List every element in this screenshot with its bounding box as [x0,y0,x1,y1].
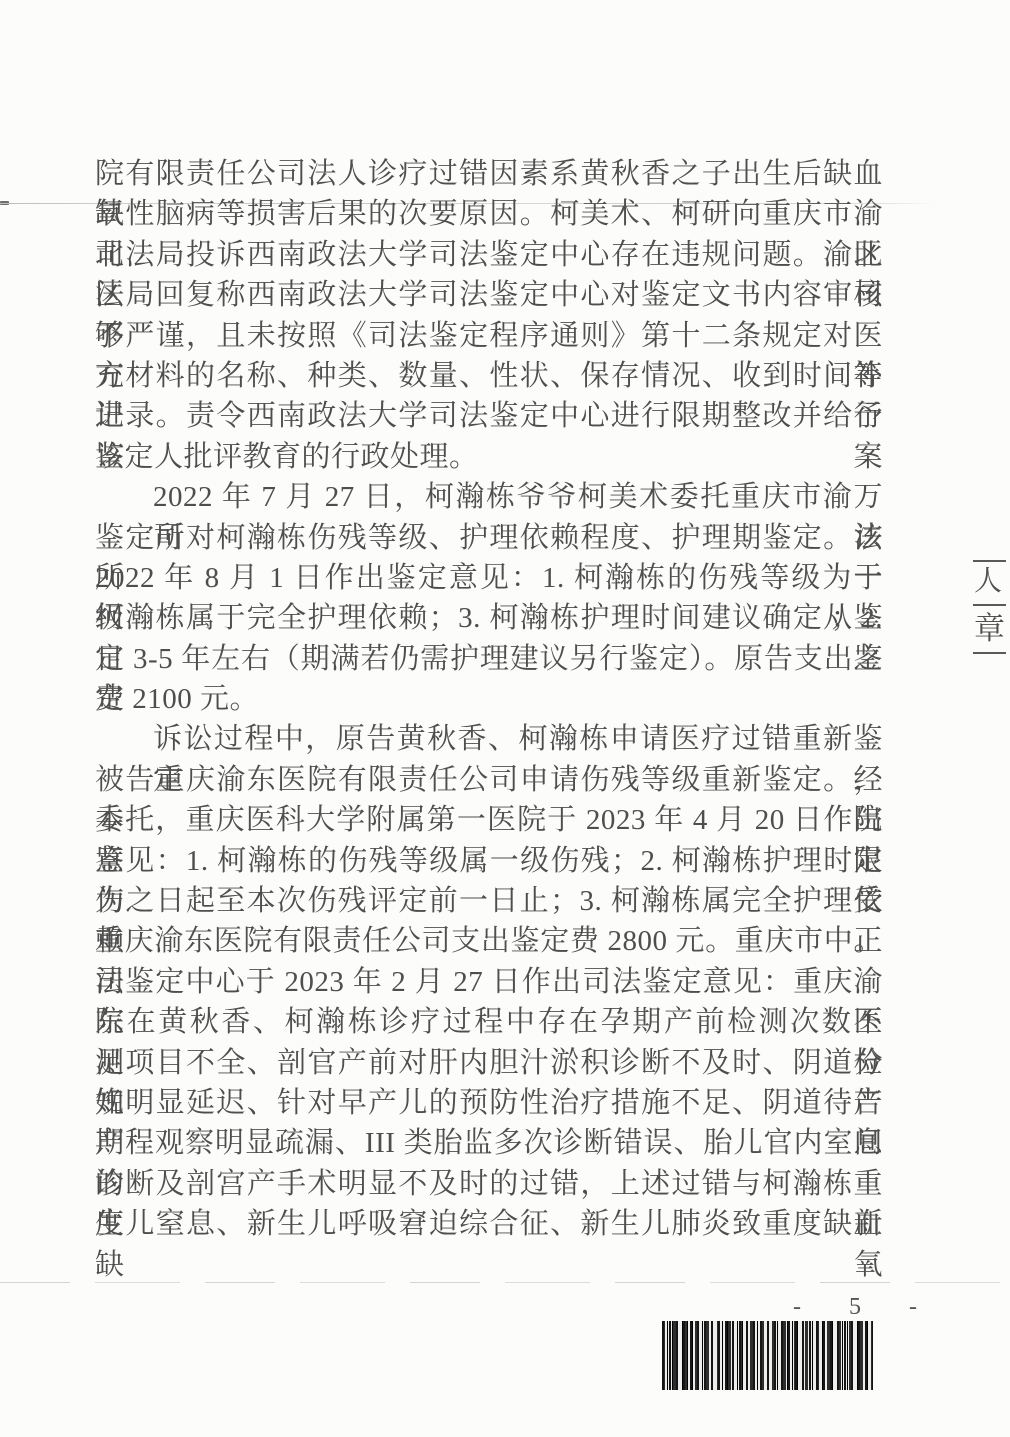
text-line: 产程观察明显疏漏、III 类胎监多次诊断错误、胎儿官内室息的 [95,1123,883,1163]
text-line: 院有限责任公司法人诊疗过错因素系黄秋香之子出生后缺血缺 [95,154,883,194]
text-line: 诉讼过程中，原告黄秋香、柯瀚栋申请医疗过错重新鉴定， [95,719,883,759]
barcode [662,1321,873,1390]
text-line: 知明显延迟、针对早产儿的预防性治疗措施不足、阴道待产期间 [95,1083,883,1123]
text-line: 记录。责令西南政法大学司法鉴定中心进行限期整改并给予该案 [95,396,883,436]
text-line: 法局回复称西南政法大学司法鉴定中心对鉴定文书内容审核不 [95,275,883,315]
court-seal-fragment: 人民 章 [973,560,1006,655]
text-line: 重庆渝东医院有限责任公司支出鉴定费 2800 元。重庆市中正司 [95,921,883,961]
text-line: 测项目不全、剖官产前对肝内胆汁淤积诊断不及时、阴道分娩告 [95,1043,883,1083]
text-line: 生儿窒息、新生儿呼吸窘迫综合征、新生儿肺炎致重度缺血缺氧 [95,1204,883,1244]
seal-text-bottom: 章 [974,613,1005,644]
text-line: 诊断及剖宫产手术明显不及时的过错，上述过错与柯瀚栋重度新 [95,1164,883,1204]
seal-border-bottom [973,652,1006,654]
text-line: 意见：1. 柯瀚栋的伤残等级属一级伤残；2. 柯瀚栋护理时限为受 [95,841,883,881]
text-line: 充材料的名称、种类、数量、性状、保存情况、收到时间等进行 [95,356,883,396]
text-line: 鉴定所对柯瀚栋伤残等级、护理依赖程度、护理期鉴定。该所于 [95,518,883,558]
text-line: 日 3-5 年左右（期满若仍需护理建议另行鉴定）。原告支出鉴定 [95,639,883,679]
text-line: 院在黄秋香、柯瀚栋诊疗过程中存在孕期产前检测次数不足、检 [95,1002,883,1042]
text-line: 委托，重庆医科大学附属第一医院于 2023 年 4 月 20 日作出鉴定 [95,800,883,840]
document-body-text: 院有限责任公司法人诊疗过错因素系黄秋香之子出生后缺血缺氧性脑病等损害后果的次要原… [95,154,883,1245]
seal-border-top [973,560,1006,562]
scanned-document-page: { "page": { "kind": "scanned court judgm… [0,0,1010,1437]
text-line: 伤之日起至本次伤残评定前一日止；3. 柯瀚栋属完全护理依赖。 [95,881,883,921]
page-number: - 5 - [793,1294,929,1321]
text-line: 费 2100 元。 [95,679,883,719]
seal-text-top: 人民 [974,568,1006,596]
text-line: 氧性脑病等损害后果的次要原因。柯美术、柯研向重庆市渝北区 [95,194,883,234]
text-line: 够严谨，且未按照《司法鉴定程序通则》第十二条规定对医方补 [95,316,883,356]
text-line: 司法局投诉西南政法大学司法鉴定中心存在违规问题。渝北区司 [95,235,883,275]
text-line: 2022 年 8 月 1 日作出鉴定意见：1. 柯瀚栋的伤残等级为一级；2. [95,558,883,598]
text-line: 被告重庆渝东医院有限责任公司申请伤残等级重新鉴定。经本院 [95,760,883,800]
text-line: 2022 年 7 月 27 日，柯瀚栋爷爷柯美术委托重庆市渝万司法 [95,477,883,517]
text-line: 法鉴定中心于 2023 年 2 月 27 日作出司法鉴定意见：重庆渝东医 [95,962,883,1002]
seal-border-middle [973,604,1006,606]
text-line: 柯瀚栋属于完全护理依赖；3. 柯瀚栋护理时间建议确定从鉴定之 [95,598,883,638]
